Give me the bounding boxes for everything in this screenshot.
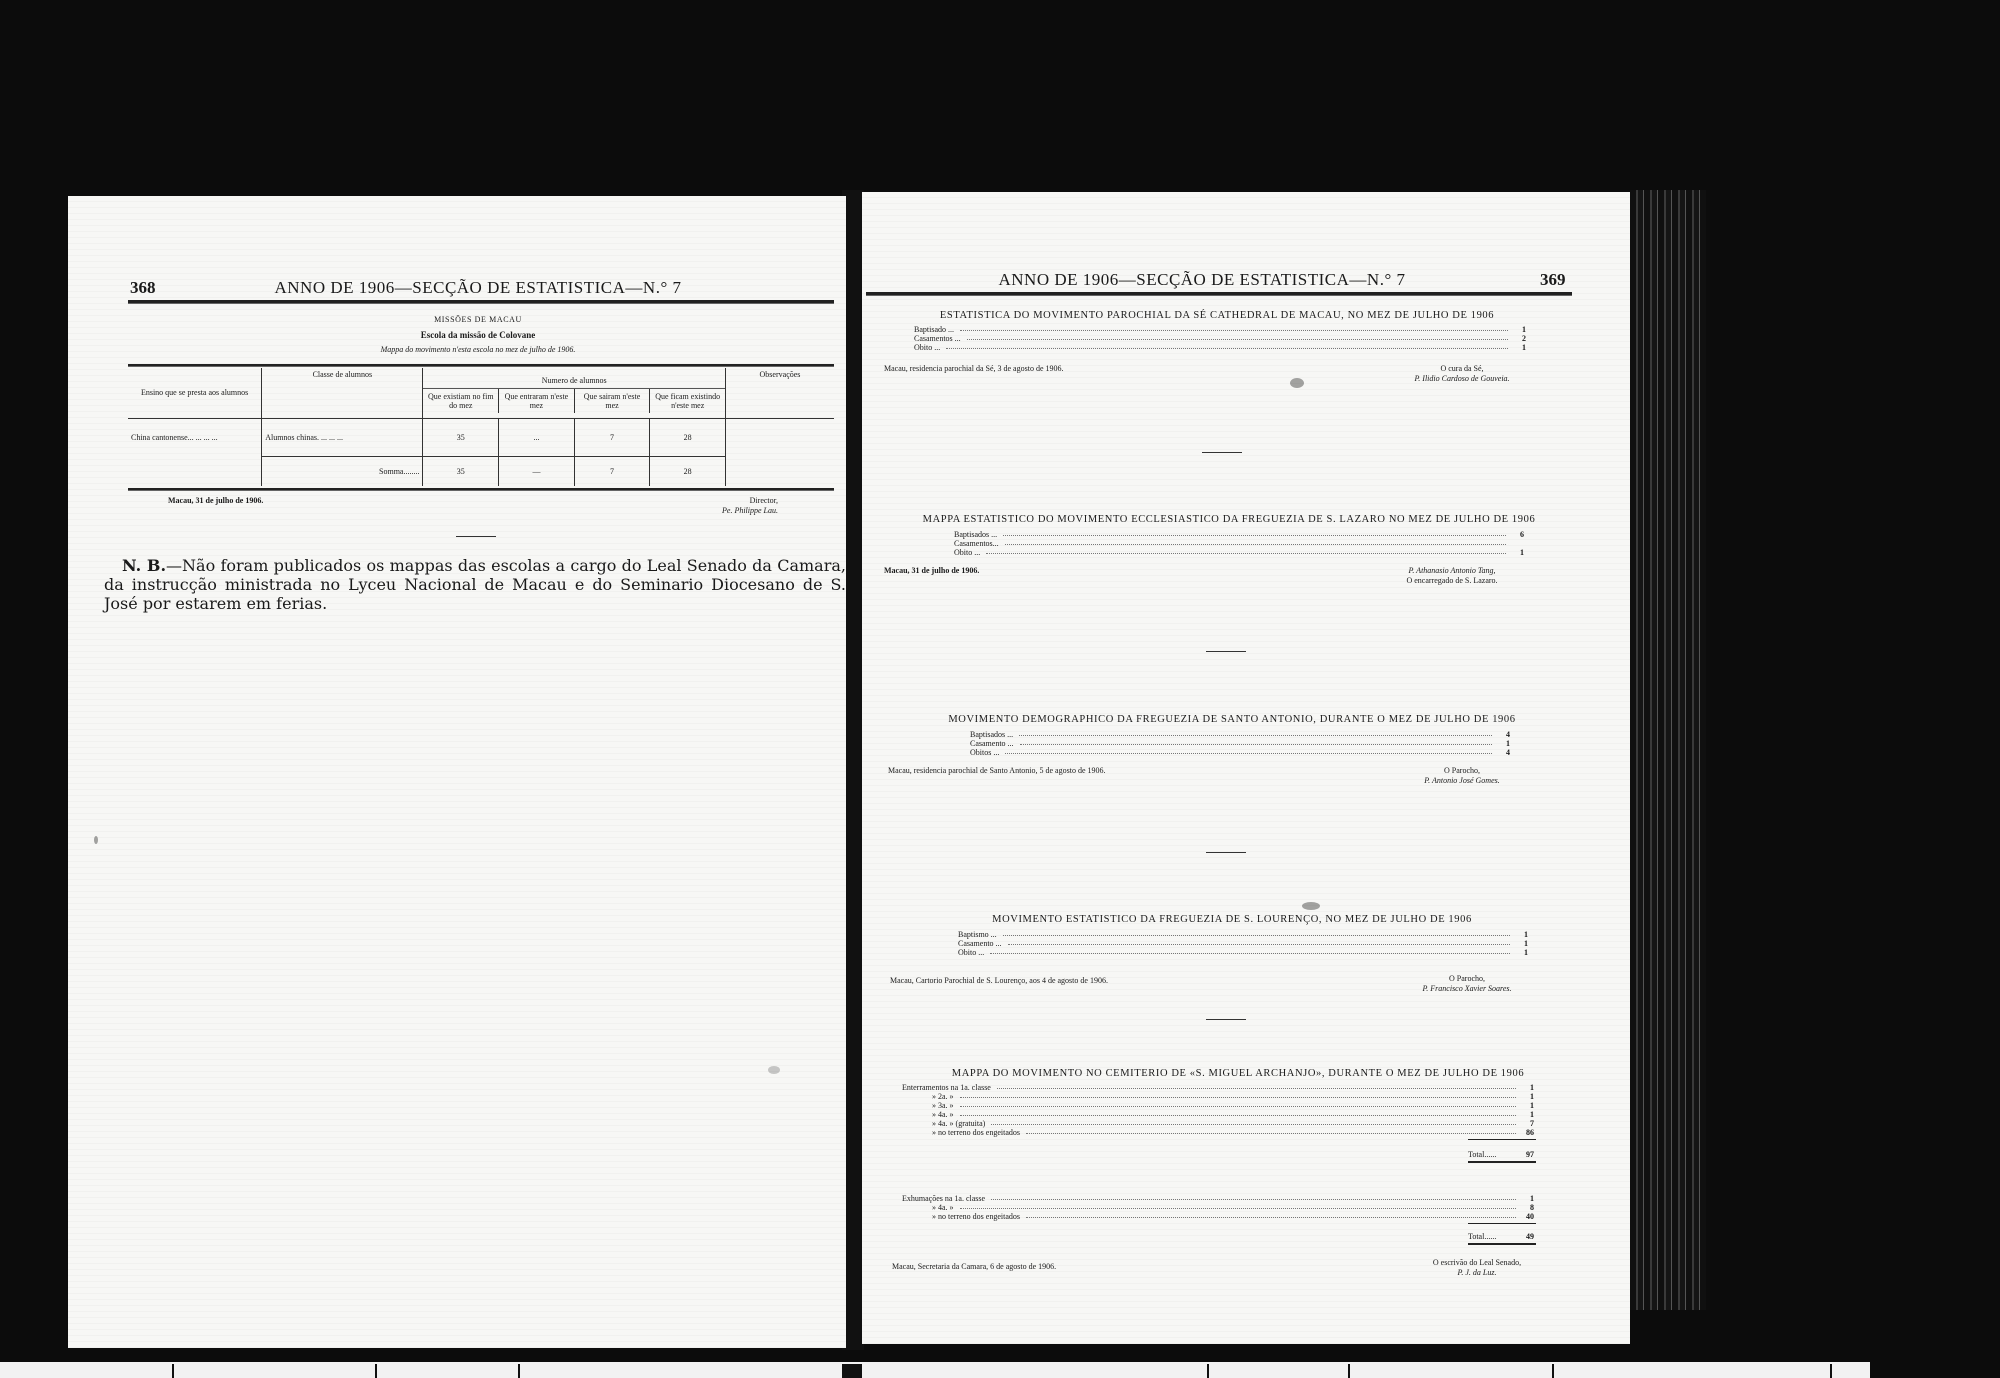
burials-total: 97: [1502, 1150, 1534, 1159]
exhumation-row: Exhumações na 1a. classe1: [902, 1194, 1534, 1203]
row-value: 6: [1512, 530, 1524, 539]
row-label: Enterramentos na 1a. classe: [902, 1083, 991, 1092]
total-underline: [1468, 1161, 1536, 1163]
lazaro-place-date: Macau, 31 de julho de 1906.: [884, 566, 979, 575]
school-table: Ensino que se presta aos alumnos Classe …: [128, 368, 834, 486]
exhumations-total-label: Total......: [1468, 1232, 1496, 1241]
exhumation-row: » no terreno dos engeitados40: [932, 1212, 1534, 1221]
row-label: Obito ...: [958, 948, 984, 957]
row-label: Casamento ...: [970, 739, 1014, 748]
row-label: » 2a. »: [932, 1092, 954, 1101]
row-value: 1: [1516, 930, 1528, 939]
table-caption: Mappa do movimento n'esta escola no mez …: [128, 345, 828, 354]
row-value: 4: [1498, 730, 1510, 739]
film-tick: [1348, 1364, 1350, 1378]
total-rule: [1468, 1223, 1536, 1224]
row-value: 7: [1522, 1119, 1534, 1128]
row-label: » 4a. » (gratuita): [932, 1119, 985, 1128]
row-value: 1: [1522, 1194, 1534, 1203]
se-row-baptisado: Baptisado ...1: [914, 325, 1526, 334]
row-label: » no terreno dos engeitados: [932, 1212, 1020, 1221]
row-value: 1: [1498, 739, 1510, 748]
burial-row: Enterramentos na 1a. classe1: [902, 1083, 1534, 1092]
row-value: 1: [1516, 948, 1528, 957]
total-entraram: —: [499, 456, 575, 486]
film-corner: [1870, 1355, 2000, 1378]
exhumations-total: 49: [1502, 1232, 1534, 1241]
exhumation-row: » 4a. »8: [932, 1203, 1534, 1212]
film-strip-edge: [0, 1362, 1870, 1378]
header-ensino: Ensino que se presta aos alumnos: [128, 368, 262, 418]
table-total-row: Somma........ 35 — 7 28: [128, 456, 834, 486]
row-label: Baptisados ...: [970, 730, 1013, 739]
se-sig-name: P. Ilidio Cardoso de Gouveia.: [1382, 374, 1542, 383]
lourenco-row-casamento: Casamento ...1: [958, 939, 1528, 948]
row-value: 1: [1522, 1083, 1534, 1092]
table-row: China cantonense... ... ... ... Alumnos …: [128, 418, 834, 456]
cell-ficam: 28: [650, 418, 726, 456]
lazaro-row-casamentos: Casamentos...: [954, 539, 1524, 548]
row-label: Baptisado ...: [914, 325, 954, 334]
cell-classe: Alumnos chinas. ... ... ...: [262, 418, 423, 456]
nota-bene: N. B.—Não foram publicados os mappas das…: [104, 556, 846, 613]
antonio-row-obitos: Obitos ...4: [970, 748, 1510, 757]
antonio-row-baptisados: Baptisados ...4: [970, 730, 1510, 739]
row-value: 1: [1512, 548, 1524, 557]
speck: [768, 1066, 780, 1074]
film-tick: [842, 1364, 862, 1378]
signature-title: Director,: [628, 496, 778, 505]
section-subheading: Escola da missão de Colovane: [128, 330, 828, 340]
header-ficam: Que ficam existindo n'este mez: [650, 389, 725, 413]
header-entraram: Que entraram n'este mez: [499, 389, 575, 413]
header-sairam: Que sairam n'este mez: [575, 389, 651, 413]
antonio-sig-title: O Parocho,: [1382, 766, 1542, 775]
se-row-obito: Obito ...1: [914, 343, 1526, 352]
row-label: Casamentos ...: [914, 334, 961, 343]
row-value: 1: [1514, 343, 1526, 352]
row-label: Casamento ...: [958, 939, 1002, 948]
antonio-place-date: Macau, residencia parochial de Santo Ant…: [888, 766, 1106, 775]
antonio-sig-name: P. Antonio José Gomes.: [1382, 776, 1542, 785]
cemiterio-title: MAPPA DO MOVIMENTO NO CEMITERIO DE «S. M…: [902, 1068, 1574, 1079]
se-row-casamentos: Casamentos ...2: [914, 334, 1526, 343]
page-edge-stack: [1630, 190, 1706, 1310]
ink-smudge: [1290, 378, 1304, 388]
page-number: 369: [1540, 270, 1566, 290]
burial-row: » no terreno dos engeitados86: [932, 1128, 1534, 1137]
film-tick: [1207, 1364, 1209, 1378]
separator-dash: [1202, 452, 1242, 453]
total-ficam: 28: [650, 456, 726, 486]
lazaro-sig-name: P. Athanasio Antonio Tang,: [1362, 566, 1542, 575]
running-head: ANNO DE 1906—SECÇÃO DE ESTATISTICA—N.° 7: [862, 270, 1542, 290]
lourenco-title: MOVIMENTO ESTATISTICO DA FREGUEZIA DE S.…: [922, 914, 1542, 925]
ink-smudge: [1302, 902, 1320, 910]
speck: [94, 836, 98, 844]
film-tick: [375, 1364, 377, 1378]
row-label: Obito ...: [914, 343, 940, 352]
header-rule: [128, 300, 834, 304]
row-label: » no terreno dos engeitados: [932, 1128, 1020, 1137]
row-value: 86: [1522, 1128, 1534, 1137]
row-value: 40: [1522, 1212, 1534, 1221]
lourenco-sig-title: O Parocho,: [1382, 974, 1552, 983]
lazaro-row-obito: Obito ...1: [954, 548, 1524, 557]
row-label: Baptismo ...: [958, 930, 997, 939]
burial-row: » 3a. »1: [932, 1101, 1534, 1110]
separator-dash: [456, 536, 496, 537]
cell-entraram: ...: [499, 418, 575, 456]
nb-lead: N. B.: [122, 556, 166, 575]
lourenco-row-baptismo: Baptismo ...1: [958, 930, 1528, 939]
row-label: Obito ...: [954, 548, 980, 557]
nb-text: —Não foram publicados os mappas das esco…: [104, 556, 846, 613]
antonio-title: MOVIMENTO DEMOGRAPHICO DA FREGUEZIA DE S…: [892, 714, 1572, 725]
row-value: 8: [1522, 1203, 1534, 1212]
film-tick: [1830, 1364, 1832, 1378]
header-observacoes: Observações: [725, 368, 834, 418]
lourenco-row-obito: Obito ...1: [958, 948, 1528, 957]
left-page: 368 ANNO DE 1906—SECÇÃO DE ESTATISTICA—N…: [68, 196, 846, 1348]
film-tick: [518, 1364, 520, 1378]
table-top-rule: [128, 364, 834, 367]
lourenco-place-date: Macau, Cartorio Parochial de S. Lourenço…: [890, 976, 1108, 985]
total-underline: [1468, 1243, 1536, 1245]
row-label: » 3a. »: [932, 1101, 954, 1110]
cemiterio-sig-name: P. J. da Luz.: [1402, 1268, 1552, 1277]
burials-total-label: Total......: [1468, 1150, 1496, 1159]
se-place-date: Macau, residencia parochial da Sé, 3 de …: [884, 364, 1064, 373]
lazaro-sig-title: O encarregado de S. Lazaro.: [1362, 576, 1542, 585]
cell-existiam: 35: [423, 418, 499, 456]
row-value: 1: [1522, 1101, 1534, 1110]
row-value: 4: [1498, 748, 1510, 757]
header-rule: [866, 292, 1572, 296]
row-label: Casamentos...: [954, 539, 999, 548]
row-label: Obitos ...: [970, 748, 999, 757]
row-value: 1: [1522, 1092, 1534, 1101]
total-label: Somma........: [262, 456, 423, 486]
cemiterio-sig-title: O escrivão do Leal Senado,: [1402, 1258, 1552, 1267]
row-value: [1512, 539, 1524, 548]
row-label: Baptisados ...: [954, 530, 997, 539]
total-sairam: 7: [574, 456, 650, 486]
lazaro-row-baptisados: Baptisados ...6: [954, 530, 1524, 539]
antonio-row-casamento: Casamento ...1: [970, 739, 1510, 748]
total-rule: [1468, 1139, 1536, 1140]
lazaro-title: MAPPA ESTATISTICO DO MOVIMENTO ECCLESIAS…: [884, 514, 1574, 525]
table-bottom-rule: [128, 488, 834, 491]
section-heading: MISSÕES DE MACAU: [128, 315, 828, 324]
header-existiam: Que existiam no fim do mez: [423, 389, 499, 413]
signature-name: Pe. Philippe Lau.: [628, 506, 778, 515]
burial-row: » 2a. »1: [932, 1092, 1534, 1101]
running-head: ANNO DE 1906—SECÇÃO DE ESTATISTICA—N.° 7: [128, 278, 828, 298]
cemiterio-place-date: Macau, Secretaria da Camara, 6 de agosto…: [892, 1262, 1056, 1271]
se-sig-title: O cura da Sé,: [1382, 364, 1542, 373]
cell-ensino: China cantonense... ... ... ...: [128, 418, 262, 456]
separator-dash: [1206, 651, 1246, 652]
row-label: Exhumações na 1a. classe: [902, 1194, 985, 1203]
se-title: ESTATISTICA DO MOVIMENTO PAROCHIAL DA SÉ…: [862, 310, 1572, 321]
lourenco-sig-name: P. Francisco Xavier Soares.: [1382, 984, 1552, 993]
header-numero-group: Numero de alumnos: [423, 373, 724, 389]
place-date: Macau, 31 de julho de 1906.: [168, 496, 263, 505]
separator-dash: [1206, 1019, 1246, 1020]
film-tick: [172, 1364, 174, 1378]
row-value: 2: [1514, 334, 1526, 343]
total-existiam: 35: [423, 456, 499, 486]
row-label: » 4a. »: [932, 1203, 954, 1212]
row-label: » 4a. »: [932, 1110, 954, 1119]
row-value: 1: [1516, 939, 1528, 948]
row-value: 1: [1514, 325, 1526, 334]
cell-sairam: 7: [574, 418, 650, 456]
burial-row: » 4a. »1: [932, 1110, 1534, 1119]
row-value: 1: [1522, 1110, 1534, 1119]
header-classe: Classe de alumnos: [262, 368, 423, 418]
cell-obs: [725, 418, 834, 456]
film-tick: [1552, 1364, 1554, 1378]
right-page: ANNO DE 1906—SECÇÃO DE ESTATISTICA—N.° 7…: [862, 192, 1630, 1344]
separator-dash: [1206, 852, 1246, 853]
burial-row: » 4a. » (gratuita)7: [932, 1119, 1534, 1128]
